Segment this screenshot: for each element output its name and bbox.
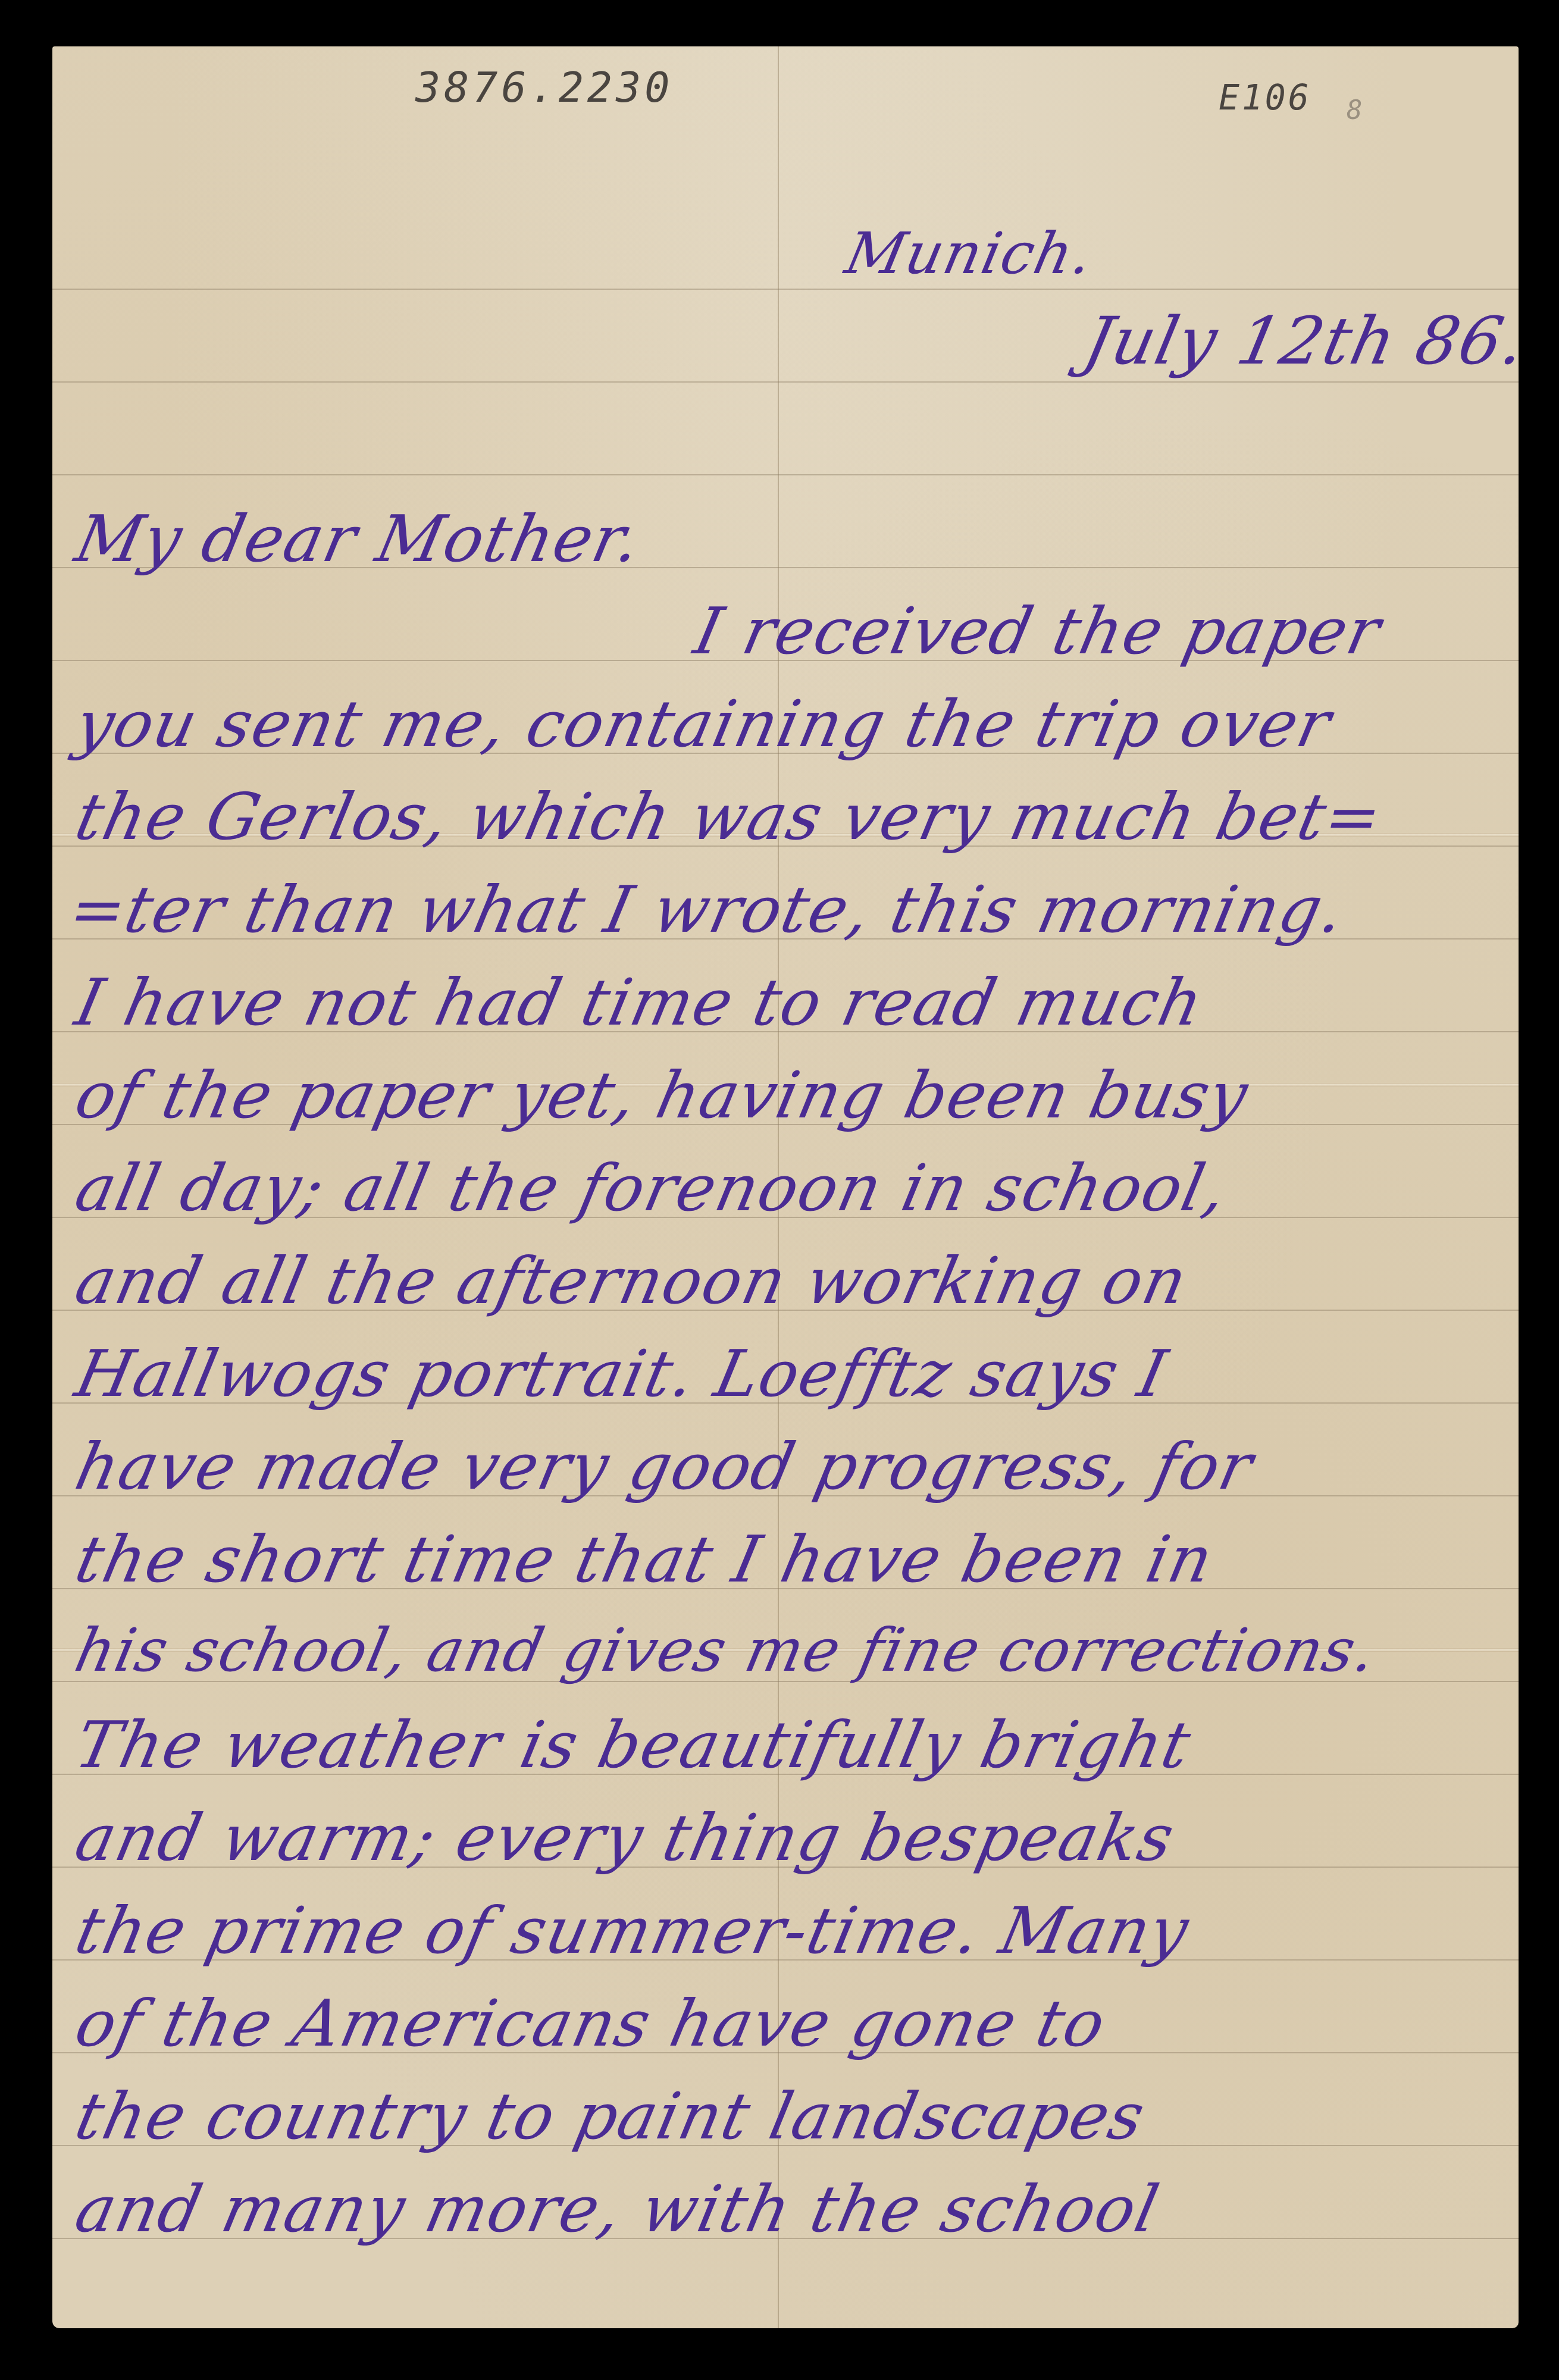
body-line: of the Americans have gone to (70, 1992, 1112, 2056)
body-line: the prime of summer-time. Many (70, 1899, 1195, 1963)
body-line: The weather is beautifully bright (70, 1714, 1197, 1778)
letter-page: 3876.2230 E106 8 Munich. July 12th 86. M… (52, 46, 1519, 2328)
body-line: the country to paint landscapes (70, 2085, 1151, 2149)
box-number: E106 (1219, 77, 1311, 118)
body-line: of the paper yet, having been busy (70, 1064, 1254, 1128)
ruling-line (52, 474, 1519, 475)
body-line: the Gerlos, which was very much bet= (70, 785, 1388, 850)
body-line: his school, and gives me fine correction… (70, 1621, 1382, 1680)
date-heading: July 12th 86. (1079, 308, 1532, 374)
body-line: and many more, with the school (70, 2178, 1164, 2242)
ruling-line (52, 381, 1519, 383)
folio-mark: 8 (1347, 95, 1366, 126)
body-line: all day; all the forenoon in school, (70, 1157, 1233, 1221)
body-line: the short time that I have been in (70, 1528, 1219, 1592)
ruling-line (52, 289, 1519, 290)
body-line: have made very good progress, for (70, 1435, 1259, 1499)
body-line: =ter than what I wrote, this morning. (64, 878, 1351, 942)
body-line: I received the paper (689, 600, 1386, 664)
place-heading: Munich. (841, 225, 1098, 282)
accession-number: 3876.2230 (415, 63, 673, 112)
salutation: My dear Mother. (70, 508, 647, 572)
body-line: I have not had time to read much (70, 971, 1209, 1035)
body-line: Hallwogs portrait. Loefftz says I (70, 1342, 1173, 1407)
body-line: and warm; every thing bespeaks (70, 1806, 1180, 1871)
body-line: and all the afternoon working on (70, 1249, 1193, 1314)
body-line: you sent me, containing the trip over (70, 693, 1337, 757)
